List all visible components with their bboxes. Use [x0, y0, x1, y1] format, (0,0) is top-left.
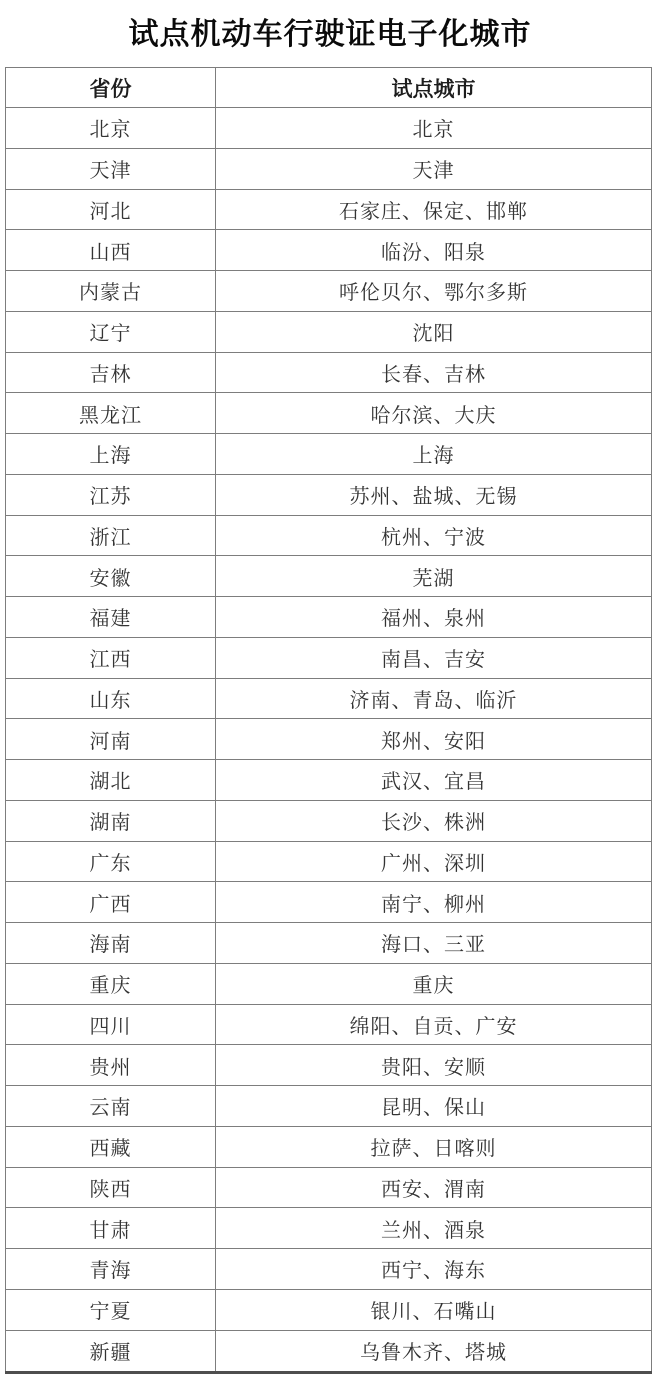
province-cell: 河北	[6, 189, 216, 230]
cities-cell: 苏州、盐城、无锡	[216, 474, 652, 515]
province-cell: 海南	[6, 923, 216, 964]
table-row: 内蒙古呼伦贝尔、鄂尔多斯	[6, 271, 652, 312]
table-row: 青海西宁、海东	[6, 1249, 652, 1290]
cities-cell: 武汉、宜昌	[216, 760, 652, 801]
cities-cell: 西安、渭南	[216, 1167, 652, 1208]
province-cell: 新疆	[6, 1330, 216, 1373]
table-row: 黑龙江哈尔滨、大庆	[6, 393, 652, 434]
table-row: 新疆乌鲁木齐、塔城	[6, 1330, 652, 1373]
table-row: 山西临汾、阳泉	[6, 230, 652, 271]
table-row: 浙江杭州、宁波	[6, 515, 652, 556]
pilot-cities-table: 省份 试点城市 北京北京天津天津河北石家庄、保定、邯郸山西临汾、阳泉内蒙古呼伦贝…	[5, 67, 652, 1374]
province-cell: 山西	[6, 230, 216, 271]
province-cell: 广东	[6, 841, 216, 882]
province-cell: 甘肃	[6, 1208, 216, 1249]
cities-cell: 呼伦贝尔、鄂尔多斯	[216, 271, 652, 312]
province-cell: 辽宁	[6, 311, 216, 352]
table-row: 上海上海	[6, 434, 652, 475]
cities-cell: 绵阳、自贡、广安	[216, 1004, 652, 1045]
province-cell: 重庆	[6, 963, 216, 1004]
table-row: 安徽芜湖	[6, 556, 652, 597]
cities-cell: 临汾、阳泉	[216, 230, 652, 271]
cities-cell: 重庆	[216, 963, 652, 1004]
cities-cell: 福州、泉州	[216, 597, 652, 638]
province-cell: 云南	[6, 1086, 216, 1127]
table-row: 江西南昌、吉安	[6, 637, 652, 678]
table-row: 甘肃兰州、酒泉	[6, 1208, 652, 1249]
cities-cell: 南宁、柳州	[216, 882, 652, 923]
table-row: 吉林长春、吉林	[6, 352, 652, 393]
cities-cell: 北京	[216, 108, 652, 149]
province-cell: 西藏	[6, 1126, 216, 1167]
page-title: 试点机动车行驶证电子化城市	[0, 0, 660, 67]
cities-cell: 广州、深圳	[216, 841, 652, 882]
table-row: 湖南长沙、株洲	[6, 800, 652, 841]
cities-cell: 哈尔滨、大庆	[216, 393, 652, 434]
cities-cell: 石家庄、保定、邯郸	[216, 189, 652, 230]
province-cell: 山东	[6, 678, 216, 719]
header-province: 省份	[6, 68, 216, 108]
cities-cell: 天津	[216, 148, 652, 189]
cities-cell: 长春、吉林	[216, 352, 652, 393]
province-cell: 四川	[6, 1004, 216, 1045]
cities-cell: 乌鲁木齐、塔城	[216, 1330, 652, 1373]
province-cell: 北京	[6, 108, 216, 149]
cities-cell: 上海	[216, 434, 652, 475]
table-row: 宁夏银川、石嘴山	[6, 1289, 652, 1330]
cities-cell: 芜湖	[216, 556, 652, 597]
table-row: 湖北武汉、宜昌	[6, 760, 652, 801]
table-row: 河北石家庄、保定、邯郸	[6, 189, 652, 230]
table-header-row: 省份 试点城市	[6, 68, 652, 108]
province-cell: 湖北	[6, 760, 216, 801]
table-row: 云南昆明、保山	[6, 1086, 652, 1127]
table-row: 重庆重庆	[6, 963, 652, 1004]
table-row: 江苏苏州、盐城、无锡	[6, 474, 652, 515]
province-cell: 福建	[6, 597, 216, 638]
cities-cell: 海口、三亚	[216, 923, 652, 964]
province-cell: 河南	[6, 719, 216, 760]
cities-cell: 贵阳、安顺	[216, 1045, 652, 1086]
province-cell: 湖南	[6, 800, 216, 841]
table-row: 天津天津	[6, 148, 652, 189]
table-row: 西藏拉萨、日喀则	[6, 1126, 652, 1167]
cities-cell: 拉萨、日喀则	[216, 1126, 652, 1167]
province-cell: 宁夏	[6, 1289, 216, 1330]
province-cell: 广西	[6, 882, 216, 923]
cities-cell: 长沙、株洲	[216, 800, 652, 841]
table-row: 辽宁沈阳	[6, 311, 652, 352]
province-cell: 陕西	[6, 1167, 216, 1208]
table-row: 四川绵阳、自贡、广安	[6, 1004, 652, 1045]
province-cell: 内蒙古	[6, 271, 216, 312]
header-pilot-cities: 试点城市	[216, 68, 652, 108]
province-cell: 江苏	[6, 474, 216, 515]
province-cell: 青海	[6, 1249, 216, 1290]
table-row: 北京北京	[6, 108, 652, 149]
table-row: 山东济南、青岛、临沂	[6, 678, 652, 719]
cities-cell: 昆明、保山	[216, 1086, 652, 1127]
table-row: 贵州贵阳、安顺	[6, 1045, 652, 1086]
table-row: 广西南宁、柳州	[6, 882, 652, 923]
cities-cell: 杭州、宁波	[216, 515, 652, 556]
province-cell: 上海	[6, 434, 216, 475]
cities-cell: 兰州、酒泉	[216, 1208, 652, 1249]
province-cell: 天津	[6, 148, 216, 189]
province-cell: 安徽	[6, 556, 216, 597]
cities-cell: 银川、石嘴山	[216, 1289, 652, 1330]
table-row: 陕西西安、渭南	[6, 1167, 652, 1208]
province-cell: 黑龙江	[6, 393, 216, 434]
province-cell: 浙江	[6, 515, 216, 556]
cities-cell: 郑州、安阳	[216, 719, 652, 760]
province-cell: 江西	[6, 637, 216, 678]
cities-cell: 沈阳	[216, 311, 652, 352]
table-row: 海南海口、三亚	[6, 923, 652, 964]
province-cell: 吉林	[6, 352, 216, 393]
province-cell: 贵州	[6, 1045, 216, 1086]
cities-cell: 济南、青岛、临沂	[216, 678, 652, 719]
cities-cell: 南昌、吉安	[216, 637, 652, 678]
table-row: 广东广州、深圳	[6, 841, 652, 882]
table-row: 福建福州、泉州	[6, 597, 652, 638]
cities-cell: 西宁、海东	[216, 1249, 652, 1290]
table-row: 河南郑州、安阳	[6, 719, 652, 760]
